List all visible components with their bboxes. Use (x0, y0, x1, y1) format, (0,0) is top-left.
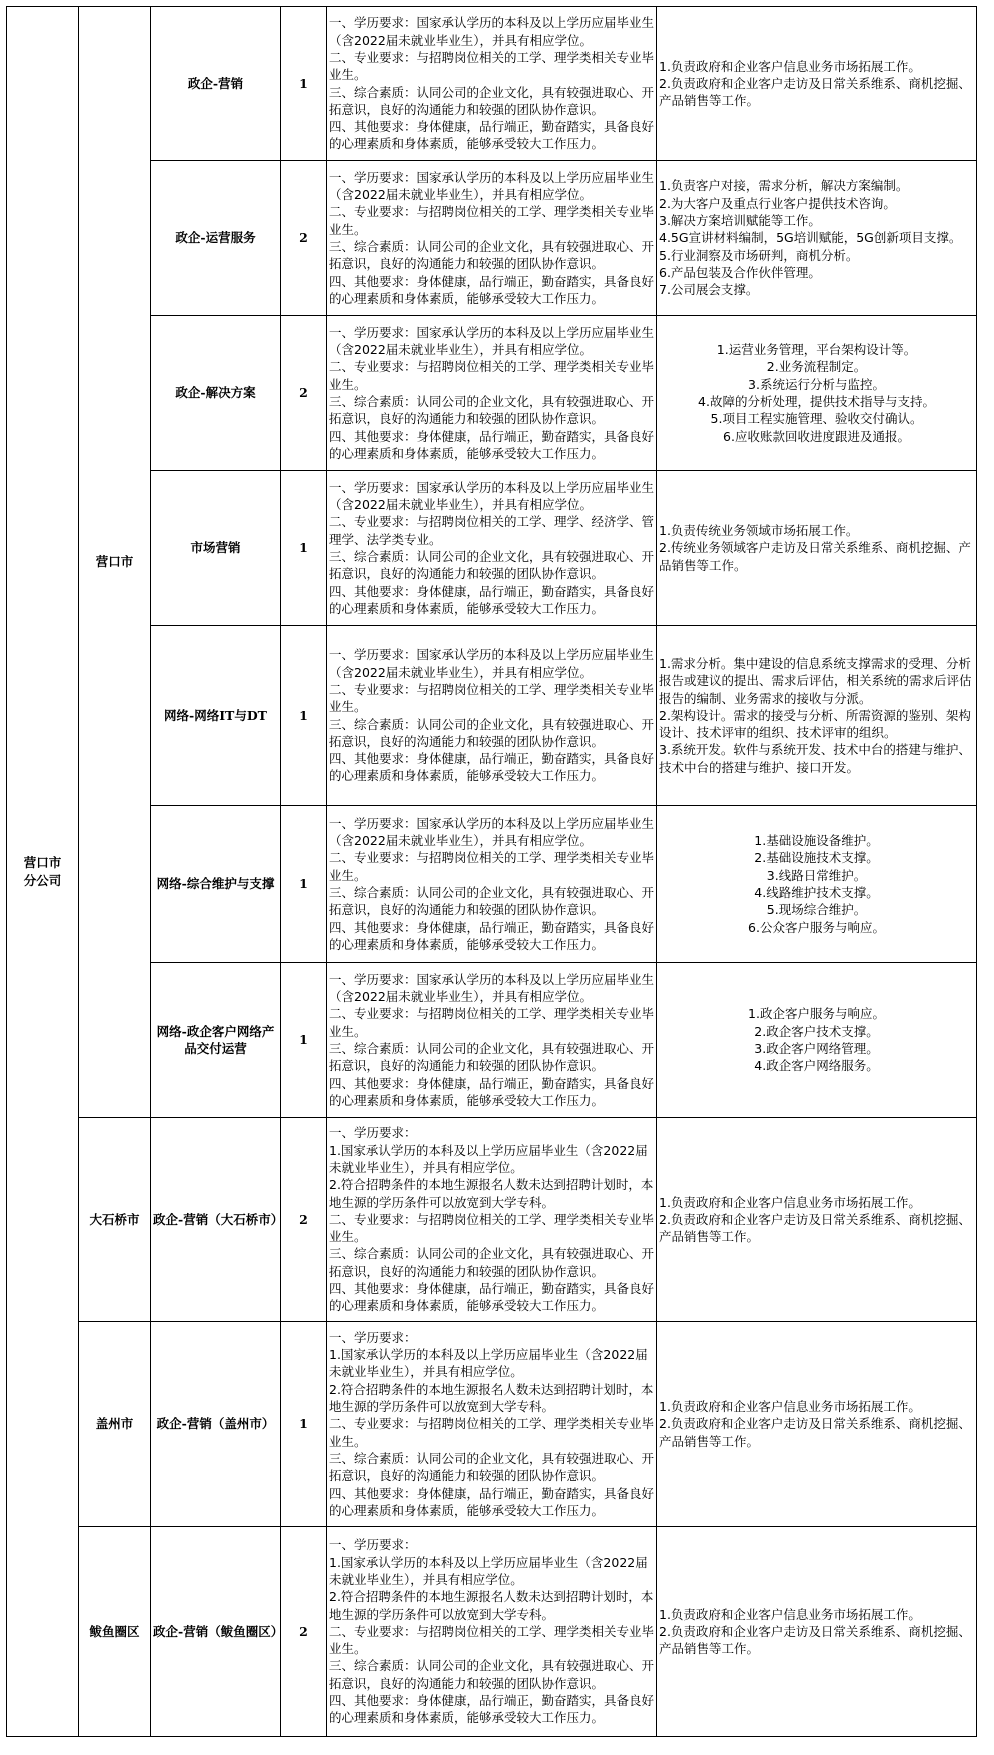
duty-line: 1.基础设施设备维护。 (659, 832, 974, 849)
requirement-line: 四、其他要求：身体健康，品行端正，勤奋踏实，具备良好的心理素质和身体素质，能够承… (329, 1485, 654, 1520)
requirement-line: 二、专业要求：与招聘岗位相关的工学、理学类相关专业毕业生。 (329, 1623, 654, 1658)
duties-cell: 1.负责客户对接，需求分析，解决方案编制。 2.为大客户及重点行业客户提供技术咨… (657, 161, 977, 316)
duty-line: 2.负责政府和企业客户走访及日常关系维系、商机挖掘、产品销售等工作。 (659, 1415, 974, 1450)
headcount: 1 (299, 1032, 308, 1047)
requirements-cell: 一、学历要求：国家承认学历的本科及以上学历应届毕业生（含2022届未就业毕业生）… (327, 471, 657, 626)
requirement-line: 一、学历要求：国家承认学历的本科及以上学历应届毕业生（含2022届未就业毕业生）… (329, 479, 654, 514)
duty-line: 6.公众客户服务与响应。 (659, 919, 974, 936)
duty-line: 5.行业洞察及市场研判，商机分析。 (659, 247, 974, 264)
requirements-cell: 一、学历要求：国家承认学历的本科及以上学历应届毕业生（含2022届未就业毕业生）… (327, 963, 657, 1118)
duty-line: 1.负责政府和企业客户信息业务市场拓展工作。 (659, 58, 974, 75)
headcount: 1 (299, 876, 308, 891)
requirement-line: 四、其他要求：身体健康，品行端正，勤奋踏实，具备良好的心理素质和身体素质，能够承… (329, 428, 654, 463)
duty-line: 2.政企客户技术支撑。 (659, 1023, 974, 1040)
duty-line: 1.需求分析。集中建设的信息系统支撑需求的受理、分析报告或建议的提出、需求后评估… (659, 655, 974, 707)
requirements-cell: 一、学历要求：国家承认学历的本科及以上学历应届毕业生（含2022届未就业毕业生）… (327, 161, 657, 316)
headcount: 1 (299, 708, 308, 723)
requirement-line: 三、综合素质：认同公司的企业文化，具有较强进取心、开拓意识，良好的沟通能力和较强… (329, 1245, 654, 1280)
headcount: 2 (299, 1624, 308, 1639)
requirement-line: 三、综合素质：认同公司的企业文化，具有较强进取心、开拓意识，良好的沟通能力和较强… (329, 884, 654, 919)
duty-line: 1.政企客户服务与响应。 (659, 1005, 974, 1022)
post-name: 网络-网络IT与DT (164, 708, 267, 723)
duty-line: 4.5G宣讲材料编制，5G培训赋能，5G创新项目支撑。 (659, 229, 974, 246)
city-name: 盖州市 (96, 1416, 134, 1431)
city-name: 大石桥市 (89, 1212, 139, 1227)
post-name: 政企-解决方案 (175, 385, 255, 400)
city-cell: 大石桥市 (79, 1118, 151, 1322)
count-cell: 1 (281, 806, 327, 963)
duty-line: 2.负责政府和企业客户走访及日常关系维系、商机挖掘、产品销售等工作。 (659, 1623, 974, 1658)
city-name: 鲅鱼圈区 (89, 1624, 139, 1639)
duties-cell: 1.负责政府和企业客户信息业务市场拓展工作。 2.负责政府和企业客户走访及日常关… (657, 1322, 977, 1527)
post-name: 市场营销 (190, 540, 240, 555)
requirement-line: 一、学历要求：国家承认学历的本科及以上学历应届毕业生（含2022届未就业毕业生）… (329, 646, 654, 681)
requirement-line: 2.符合招聘条件的本地生源报名人数未达到招聘计划时，本地生源的学历条件可以放宽到… (329, 1176, 654, 1211)
duties-cell: 1.负责政府和企业客户信息业务市场拓展工作。 2.负责政府和企业客户走访及日常关… (657, 1118, 977, 1322)
duty-line: 1.负责政府和企业客户信息业务市场拓展工作。 (659, 1606, 974, 1623)
requirement-line: 一、学历要求：国家承认学历的本科及以上学历应届毕业生（含2022届未就业毕业生）… (329, 324, 654, 359)
requirement-line: 三、综合素质：认同公司的企业文化，具有较强进取心、开拓意识，良好的沟通能力和较强… (329, 393, 654, 428)
requirements-cell: 一、学历要求： 1.国家承认学历的本科及以上学历应届毕业生（含2022届未就业毕… (327, 1322, 657, 1527)
requirement-line: 四、其他要求：身体健康，品行端正，勤奋踏实，具备良好的心理素质和身体素质，能够承… (329, 583, 654, 618)
requirement-line: 二、专业要求：与招聘岗位相关的工学、理学类相关专业毕业生。 (329, 49, 654, 84)
requirement-line: 二、专业要求：与招聘岗位相关的工学、理学类相关专业毕业生。 (329, 1415, 654, 1450)
duty-line: 1.运营业务管理，平台架构设计等。 (659, 341, 974, 358)
table-row: 鲅鱼圈区 政企-营销（鲅鱼圈区） 2 一、学历要求： 1.国家承认学历的本科及以… (7, 1527, 977, 1737)
duties-cell: 1.需求分析。集中建设的信息系统支撑需求的受理、分析报告或建议的提出、需求后评估… (657, 626, 977, 806)
post-cell: 市场营销 (151, 471, 281, 626)
city-cell: 盖州市 (79, 1322, 151, 1527)
duty-line: 1.负责政府和企业客户信息业务市场拓展工作。 (659, 1194, 974, 1211)
headcount: 1 (299, 76, 308, 91)
requirements-cell: 一、学历要求：国家承认学历的本科及以上学历应届毕业生（含2022届未就业毕业生）… (327, 7, 657, 161)
headcount: 1 (299, 1416, 308, 1431)
city-cell: 鲅鱼圈区 (79, 1527, 151, 1737)
requirement-line: 一、学历要求：国家承认学历的本科及以上学历应届毕业生（含2022届未就业毕业生）… (329, 14, 654, 49)
duty-line: 4.政企客户网络服务。 (659, 1057, 974, 1074)
company-cell: 营口市 分公司 (7, 7, 79, 1737)
post-name: 政企-营销 (188, 76, 243, 91)
count-cell: 1 (281, 963, 327, 1118)
duties-cell: 1.负责政府和企业客户信息业务市场拓展工作。 2.负责政府和企业客户走访及日常关… (657, 1527, 977, 1737)
post-cell: 网络-网络IT与DT (151, 626, 281, 806)
requirement-line: 四、其他要求：身体健康，品行端正，勤奋踏实，具备良好的心理素质和身体素质，能够承… (329, 1692, 654, 1727)
requirement-line: 二、专业要求：与招聘岗位相关的工学、理学类相关专业毕业生。 (329, 358, 654, 393)
duty-line: 5.现场综合维护。 (659, 901, 974, 918)
city-cell: 营口市 (79, 7, 151, 1118)
count-cell: 2 (281, 316, 327, 471)
requirement-line: 四、其他要求：身体健康，品行端正，勤奋踏实，具备良好的心理素质和身体素质，能够承… (329, 1280, 654, 1315)
post-cell: 政企-营销（大石桥市） (151, 1118, 281, 1322)
table-row: 市场营销 1 一、学历要求：国家承认学历的本科及以上学历应届毕业生（含2022届… (7, 471, 977, 626)
duty-line: 3.解决方案培训赋能等工作。 (659, 212, 974, 229)
post-cell: 政企-解决方案 (151, 316, 281, 471)
duty-line: 1.负责政府和企业客户信息业务市场拓展工作。 (659, 1398, 974, 1415)
duty-line: 4.线路维护技术支撑。 (659, 884, 974, 901)
duty-line: 1.负责传统业务领域市场拓展工作。 (659, 522, 974, 539)
post-cell: 政企-营销（盖州市） (151, 1322, 281, 1527)
duty-line: 3.线路日常维护。 (659, 867, 974, 884)
post-name: 政企-营销（鲅鱼圈区） (153, 1624, 283, 1639)
headcount: 2 (299, 230, 308, 245)
count-cell: 2 (281, 161, 327, 316)
duty-line: 2.基础设施技术支撑。 (659, 849, 974, 866)
duty-line: 4.故障的分析处理，提供技术指导与支持。 (659, 393, 974, 410)
requirement-line: 四、其他要求：身体健康，品行端正，勤奋踏实，具备良好的心理素质和身体素质，能够承… (329, 118, 654, 153)
count-cell: 2 (281, 1118, 327, 1322)
duties-cell: 1.负责传统业务领域市场拓展工作。 2.传统业务领域客户走访及日常关系维系、商机… (657, 471, 977, 626)
requirement-line: 二、专业要求：与招聘岗位相关的工学、理学类相关专业毕业生。 (329, 681, 654, 716)
table-row: 网络-政企客户网络产品交付运营 1 一、学历要求：国家承认学历的本科及以上学历应… (7, 963, 977, 1118)
requirement-line: 三、综合素质：认同公司的企业文化，具有较强进取心、开拓意识，良好的沟通能力和较强… (329, 548, 654, 583)
duties-cell: 1.运营业务管理，平台架构设计等。 2.业务流程制定。 3.系统运行分析与监控。… (657, 316, 977, 471)
post-name: 网络-综合维护与支撑 (157, 876, 275, 891)
table-row: 政企-运营服务 2 一、学历要求：国家承认学历的本科及以上学历应届毕业生（含20… (7, 161, 977, 316)
count-cell: 2 (281, 1527, 327, 1737)
requirements-cell: 一、学历要求： 1.国家承认学历的本科及以上学历应届毕业生（含2022届未就业毕… (327, 1118, 657, 1322)
requirement-line: 1.国家承认学历的本科及以上学历应届毕业生（含2022届未就业毕业生），并具有相… (329, 1142, 654, 1177)
duties-cell: 1.基础设施设备维护。 2.基础设施技术支撑。 3.线路日常维护。 4.线路维护… (657, 806, 977, 963)
count-cell: 1 (281, 1322, 327, 1527)
requirement-line: 一、学历要求：国家承认学历的本科及以上学历应届毕业生（含2022届未就业毕业生）… (329, 815, 654, 850)
count-cell: 1 (281, 7, 327, 161)
duties-cell: 1.政企客户服务与响应。 2.政企客户技术支撑。 3.政企客户网络管理。 4.政… (657, 963, 977, 1118)
requirement-line: 三、综合素质：认同公司的企业文化，具有较强进取心、开拓意识，良好的沟通能力和较强… (329, 84, 654, 119)
recruitment-table: 营口市 分公司 营口市 政企-营销 1 一、学历要求：国家承认学历的本科及以上学… (6, 6, 977, 1737)
duties-cell: 1.负责政府和企业客户信息业务市场拓展工作。 2.负责政府和企业客户走访及日常关… (657, 7, 977, 161)
duty-line: 3.系统开发。软件与系统开发、技术中台的搭建与维护、技术中台的搭建与维护、接口开… (659, 741, 974, 776)
requirement-line: 三、综合素质：认同公司的企业文化，具有较强进取心、开拓意识，良好的沟通能力和较强… (329, 1657, 654, 1692)
requirement-line: 三、综合素质：认同公司的企业文化，具有较强进取心、开拓意识，良好的沟通能力和较强… (329, 238, 654, 273)
duty-line: 3.政企客户网络管理。 (659, 1040, 974, 1057)
duty-line: 2.负责政府和企业客户走访及日常关系维系、商机挖掘、产品销售等工作。 (659, 1211, 974, 1246)
duty-line: 5.项目工程实施管理、验收交付确认。 (659, 410, 974, 427)
requirement-line: 2.符合招聘条件的本地生源报名人数未达到招聘计划时，本地生源的学历条件可以放宽到… (329, 1381, 654, 1416)
table-row: 政企-解决方案 2 一、学历要求：国家承认学历的本科及以上学历应届毕业生（含20… (7, 316, 977, 471)
duty-line: 1.负责客户对接，需求分析，解决方案编制。 (659, 177, 974, 194)
table-row: 网络-综合维护与支撑 1 一、学历要求：国家承认学历的本科及以上学历应届毕业生（… (7, 806, 977, 963)
duty-line: 2.架构设计。需求的接受与分析、所需资源的鉴别、架构设计、技术评审的组织、技术评… (659, 707, 974, 742)
requirement-line: 四、其他要求：身体健康，品行端正，勤奋踏实，具备良好的心理素质和身体素质，能够承… (329, 1075, 654, 1110)
count-cell: 1 (281, 626, 327, 806)
duty-line: 2.负责政府和企业客户走访及日常关系维系、商机挖掘、产品销售等工作。 (659, 75, 974, 110)
headcount: 2 (299, 1212, 308, 1227)
duty-line: 2.传统业务领域客户走访及日常关系维系、商机挖掘、产品销售等工作。 (659, 539, 974, 574)
requirement-line: 一、学历要求： (329, 1124, 654, 1141)
post-cell: 政企-营销（鲅鱼圈区） (151, 1527, 281, 1737)
requirement-line: 1.国家承认学历的本科及以上学历应届毕业生（含2022届未就业毕业生），并具有相… (329, 1554, 654, 1589)
requirements-cell: 一、学历要求：国家承认学历的本科及以上学历应届毕业生（含2022届未就业毕业生）… (327, 316, 657, 471)
duty-line: 7.公司展会支撑。 (659, 281, 974, 298)
headcount: 1 (299, 540, 308, 555)
requirement-line: 三、综合素质：认同公司的企业文化，具有较强进取心、开拓意识，良好的沟通能力和较强… (329, 1040, 654, 1075)
requirement-line: 2.符合招聘条件的本地生源报名人数未达到招聘计划时，本地生源的学历条件可以放宽到… (329, 1588, 654, 1623)
table-row: 盖州市 政企-营销（盖州市） 1 一、学历要求： 1.国家承认学历的本科及以上学… (7, 1322, 977, 1527)
requirement-line: 二、专业要求：与招聘岗位相关的工学、理学、经济学、管理学、法学类专业。 (329, 513, 654, 548)
requirements-cell: 一、学历要求：国家承认学历的本科及以上学历应届毕业生（含2022届未就业毕业生）… (327, 626, 657, 806)
requirement-line: 二、专业要求：与招聘岗位相关的工学、理学类相关专业毕业生。 (329, 1211, 654, 1246)
city-name: 营口市 (96, 554, 134, 569)
requirements-cell: 一、学历要求： 1.国家承认学历的本科及以上学历应届毕业生（含2022届未就业毕… (327, 1527, 657, 1737)
duty-line: 6.应收账款回收进度跟进及通报。 (659, 428, 974, 445)
post-cell: 政企-营销 (151, 7, 281, 161)
table-row: 网络-网络IT与DT 1 一、学历要求：国家承认学历的本科及以上学历应届毕业生（… (7, 626, 977, 806)
count-cell: 1 (281, 471, 327, 626)
post-cell: 网络-政企客户网络产品交付运营 (151, 963, 281, 1118)
requirement-line: 一、学历要求： (329, 1329, 654, 1346)
company-name: 营口市 分公司 (24, 855, 62, 887)
post-name: 网络-政企客户网络产品交付运营 (157, 1024, 275, 1056)
requirement-line: 三、综合素质：认同公司的企业文化，具有较强进取心、开拓意识，良好的沟通能力和较强… (329, 1450, 654, 1485)
table-row: 营口市 分公司 营口市 政企-营销 1 一、学历要求：国家承认学历的本科及以上学… (7, 7, 977, 161)
duty-line: 2.业务流程制定。 (659, 358, 974, 375)
requirement-line: 四、其他要求：身体健康，品行端正，勤奋踏实，具备良好的心理素质和身体素质，能够承… (329, 919, 654, 954)
duty-line: 6.产品包装及合作伙伴管理。 (659, 264, 974, 281)
post-name: 政企-营销（大石桥市） (153, 1212, 283, 1227)
requirement-line: 1.国家承认学历的本科及以上学历应届毕业生（含2022届未就业毕业生），并具有相… (329, 1346, 654, 1381)
duty-line: 2.为大客户及重点行业客户提供技术咨询。 (659, 195, 974, 212)
table-row: 大石桥市 政企-营销（大石桥市） 2 一、学历要求： 1.国家承认学历的本科及以… (7, 1118, 977, 1322)
post-name: 政企-运营服务 (175, 230, 255, 245)
requirement-line: 三、综合素质：认同公司的企业文化，具有较强进取心、开拓意识，良好的沟通能力和较强… (329, 716, 654, 751)
requirement-line: 一、学历要求：国家承认学历的本科及以上学历应届毕业生（含2022届未就业毕业生）… (329, 971, 654, 1006)
requirement-line: 四、其他要求：身体健康，品行端正，勤奋踏实，具备良好的心理素质和身体素质，能够承… (329, 750, 654, 785)
post-name: 政企-营销（盖州市） (157, 1416, 275, 1431)
requirements-cell: 一、学历要求：国家承认学历的本科及以上学历应届毕业生（含2022届未就业毕业生）… (327, 806, 657, 963)
requirement-line: 四、其他要求：身体健康，品行端正，勤奋踏实，具备良好的心理素质和身体素质，能够承… (329, 273, 654, 308)
post-cell: 网络-综合维护与支撑 (151, 806, 281, 963)
requirement-line: 二、专业要求：与招聘岗位相关的工学、理学类相关专业毕业生。 (329, 203, 654, 238)
headcount: 2 (299, 385, 308, 400)
requirement-line: 一、学历要求： (329, 1536, 654, 1553)
requirement-line: 一、学历要求：国家承认学历的本科及以上学历应届毕业生（含2022届未就业毕业生）… (329, 169, 654, 204)
requirement-line: 二、专业要求：与招聘岗位相关的工学、理学类相关专业毕业生。 (329, 849, 654, 884)
post-cell: 政企-运营服务 (151, 161, 281, 316)
duty-line: 3.系统运行分析与监控。 (659, 376, 974, 393)
requirement-line: 二、专业要求：与招聘岗位相关的工学、理学类相关专业毕业生。 (329, 1005, 654, 1040)
